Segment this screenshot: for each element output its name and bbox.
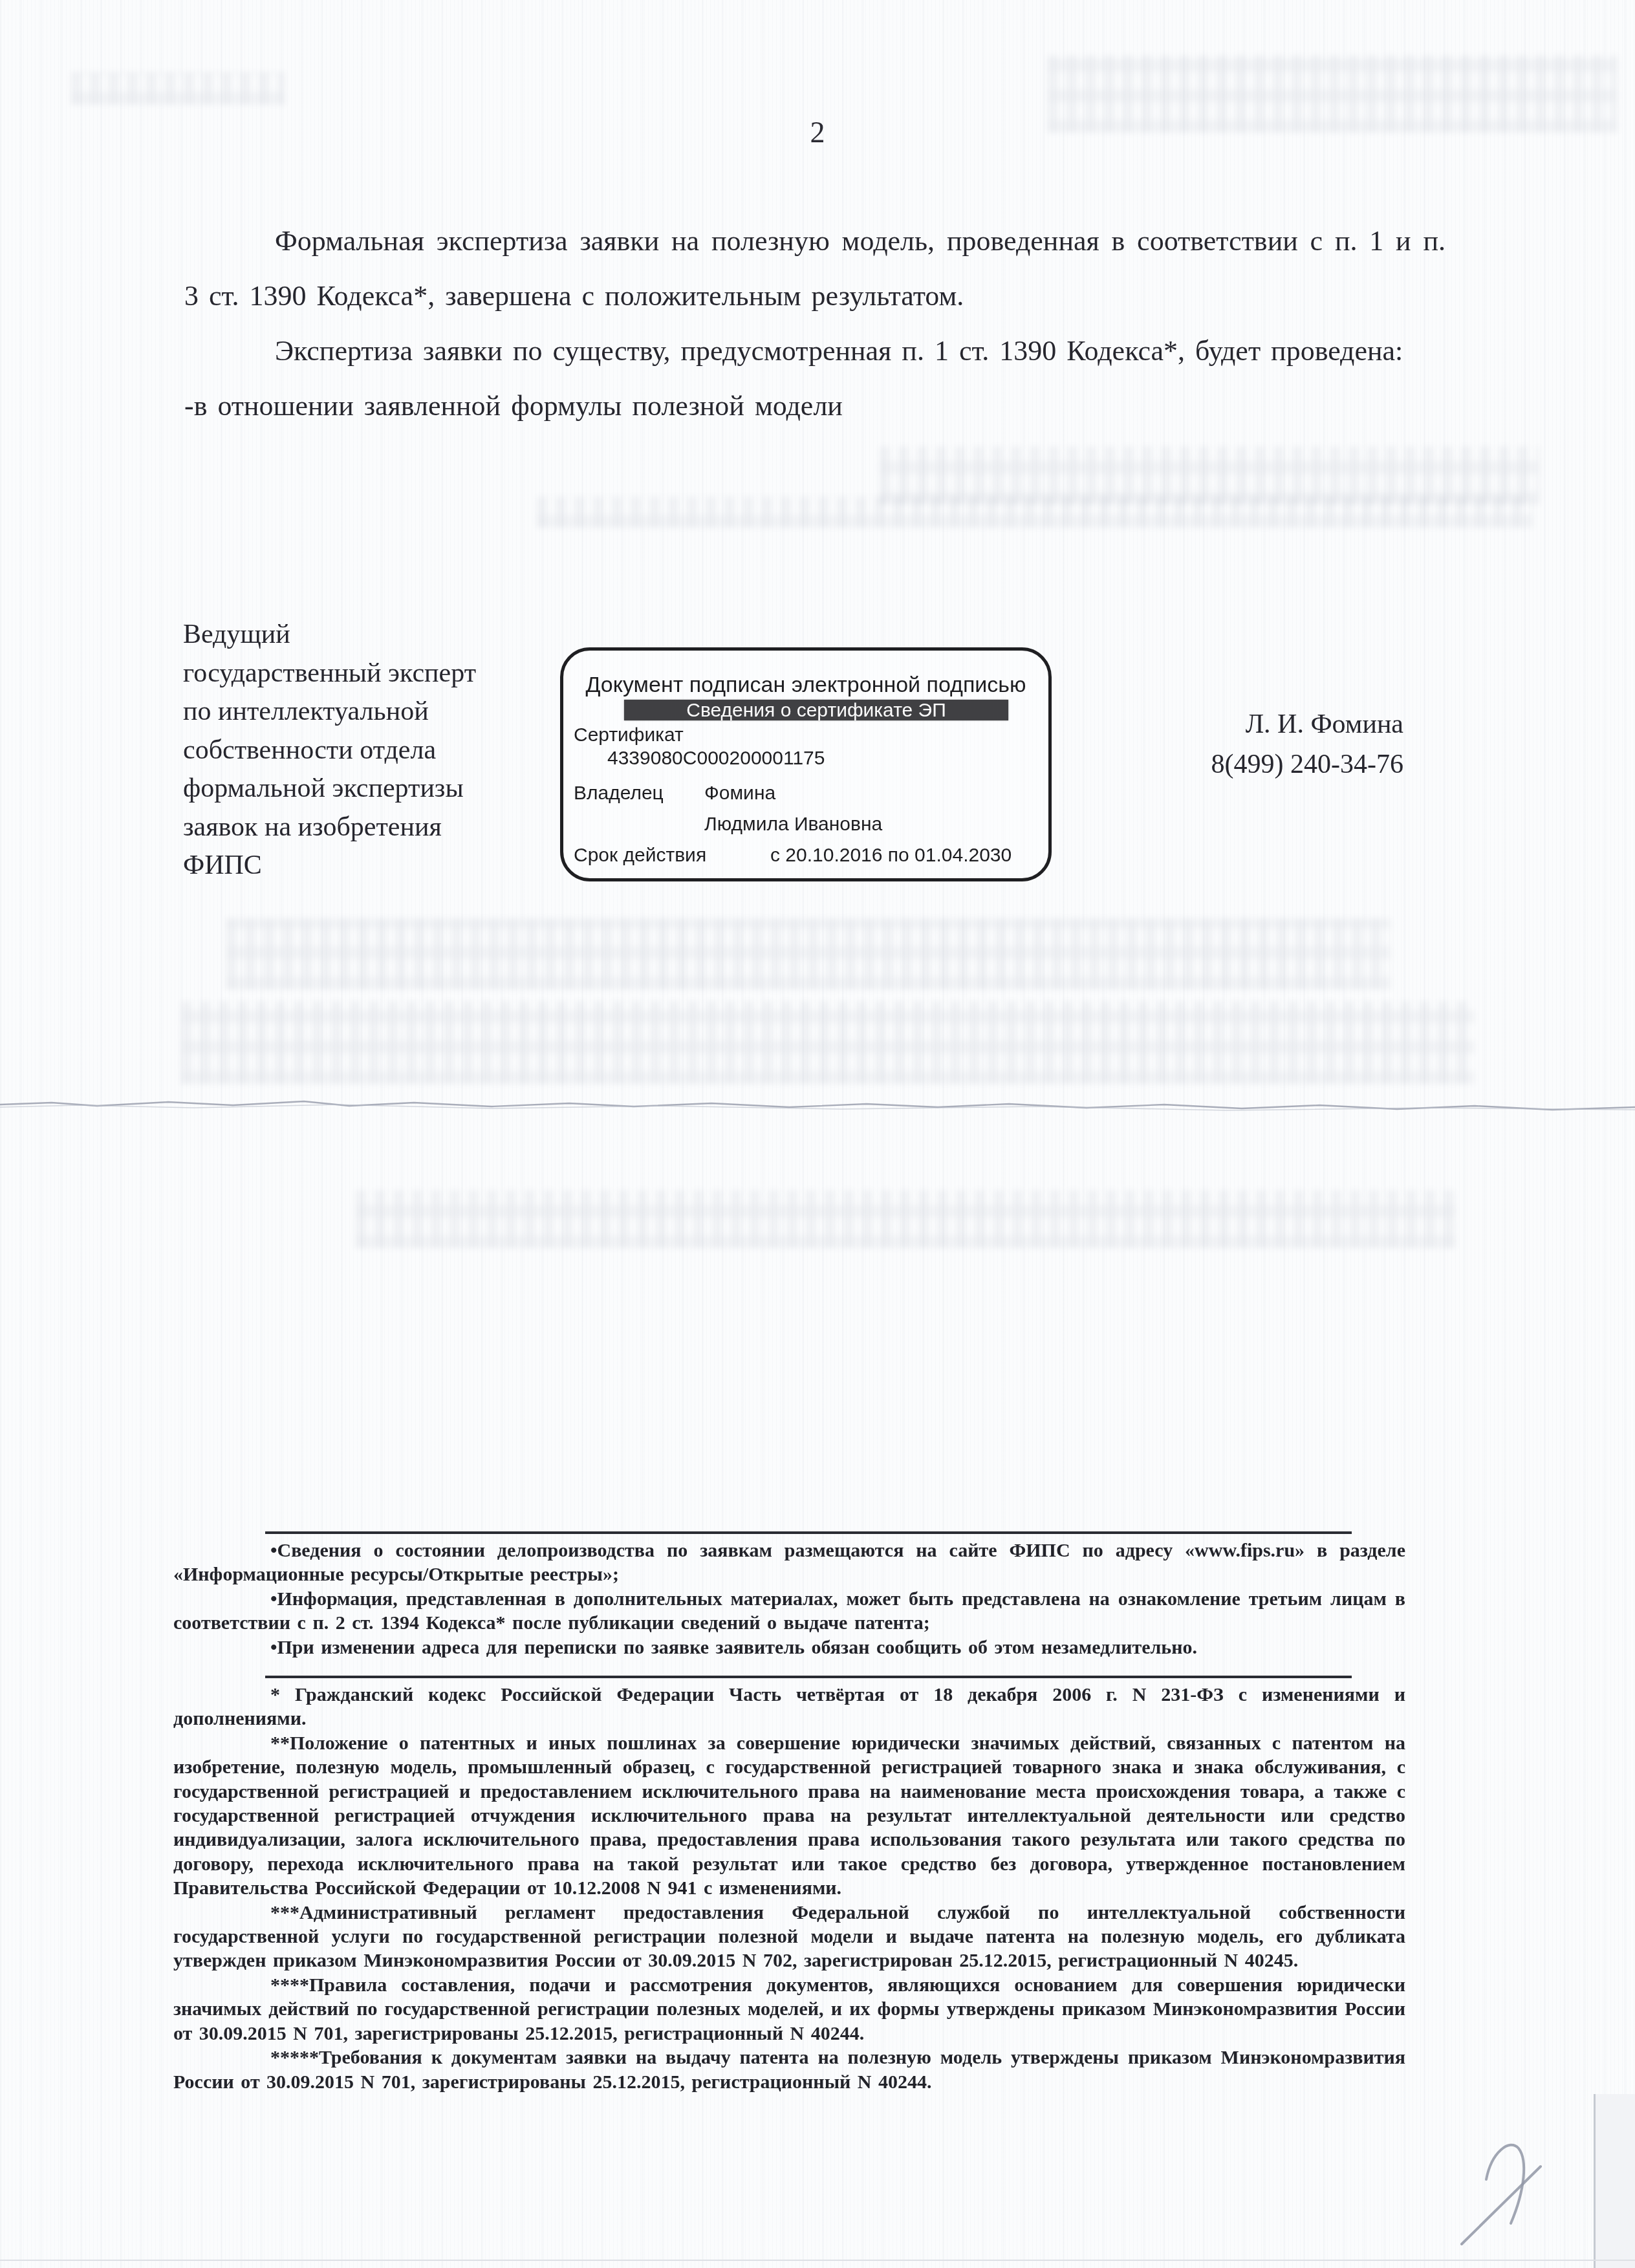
certificate-label: Сертификат: [574, 724, 684, 746]
legal-note-5: *****Требования к документам заявки на в…: [173, 2046, 1405, 2094]
footnote-2: •Информация, представленная в дополнител…: [173, 1587, 1405, 1636]
ghost-bleed: [71, 72, 285, 105]
owner-given-names: Людмила Ивановна: [704, 814, 882, 836]
ghost-bleed: [226, 918, 1391, 989]
footnote-3: •При изменении адреса для переписки по з…: [173, 1636, 1405, 1659]
owner-surname: Фомина: [704, 783, 775, 805]
body-paragraph-2: Экспертиза заявки по существу, предусмот…: [184, 323, 1446, 378]
page-number: 2: [0, 115, 1635, 149]
legal-notes-block: * Гражданский кодекс Российской Федераци…: [173, 1683, 1405, 2094]
scanner-background-strip: [1596, 2094, 1635, 2268]
fold-crease: [0, 1092, 1635, 1120]
validity-label: Срок действия: [574, 845, 706, 867]
legal-note-1: * Гражданский кодекс Российской Федераци…: [173, 1683, 1405, 1731]
signer-phone: 8(499) 240-34-76: [1099, 749, 1403, 780]
certificate-number: 4339080C000200001175: [607, 748, 825, 770]
body-paragraph-1: Формальная экспертиза заявки на полезную…: [184, 213, 1446, 323]
ghost-bleed: [537, 497, 1533, 528]
body-paragraph-3: -в отношении заявленной формулы полезной…: [184, 378, 1446, 433]
paper-edge-bottom: [0, 2260, 1635, 2261]
signature-stamp: Документ подписан электронной подписью С…: [560, 647, 1052, 881]
legal-note-2: **Положение о патентных и иных пошлинах …: [173, 1731, 1405, 1901]
legal-note-3: ***Административный регламент предоставл…: [173, 1901, 1405, 1973]
validity-value: с 20.10.2016 по 01.04.2030: [770, 845, 1012, 867]
ghost-bleed: [181, 1001, 1475, 1084]
owner-label: Владелец: [574, 783, 664, 805]
footnote-1: •Сведения о состоянии делопроизводства п…: [173, 1539, 1405, 1587]
ghost-bleed: [356, 1190, 1455, 1248]
scanned-document-page: 2 Формальная экспертиза заявки на полезн…: [0, 0, 1635, 2268]
body-text: Формальная экспертиза заявки на полезную…: [184, 213, 1446, 433]
stamp-title: Документ подписан электронной подписью: [563, 673, 1048, 698]
legal-note-4: ****Правила составления, подачи и рассмо…: [173, 1973, 1405, 2046]
certificate-info-banner: Сведения о сертификате ЭП: [624, 700, 1008, 720]
footnotes-block: •Сведения о состоянии делопроизводства п…: [173, 1539, 1405, 1659]
pen-mark: [1449, 2126, 1552, 2256]
legal-separator: [265, 1676, 1352, 1678]
signer-name: Л. И. Фомина: [1099, 709, 1403, 740]
paper-edge-right: [1594, 2094, 1596, 2268]
ghost-bleed: [880, 446, 1539, 504]
signer-title: Ведущий государственный эксперт по интел…: [183, 616, 597, 885]
footnote-separator: [265, 1531, 1352, 1534]
